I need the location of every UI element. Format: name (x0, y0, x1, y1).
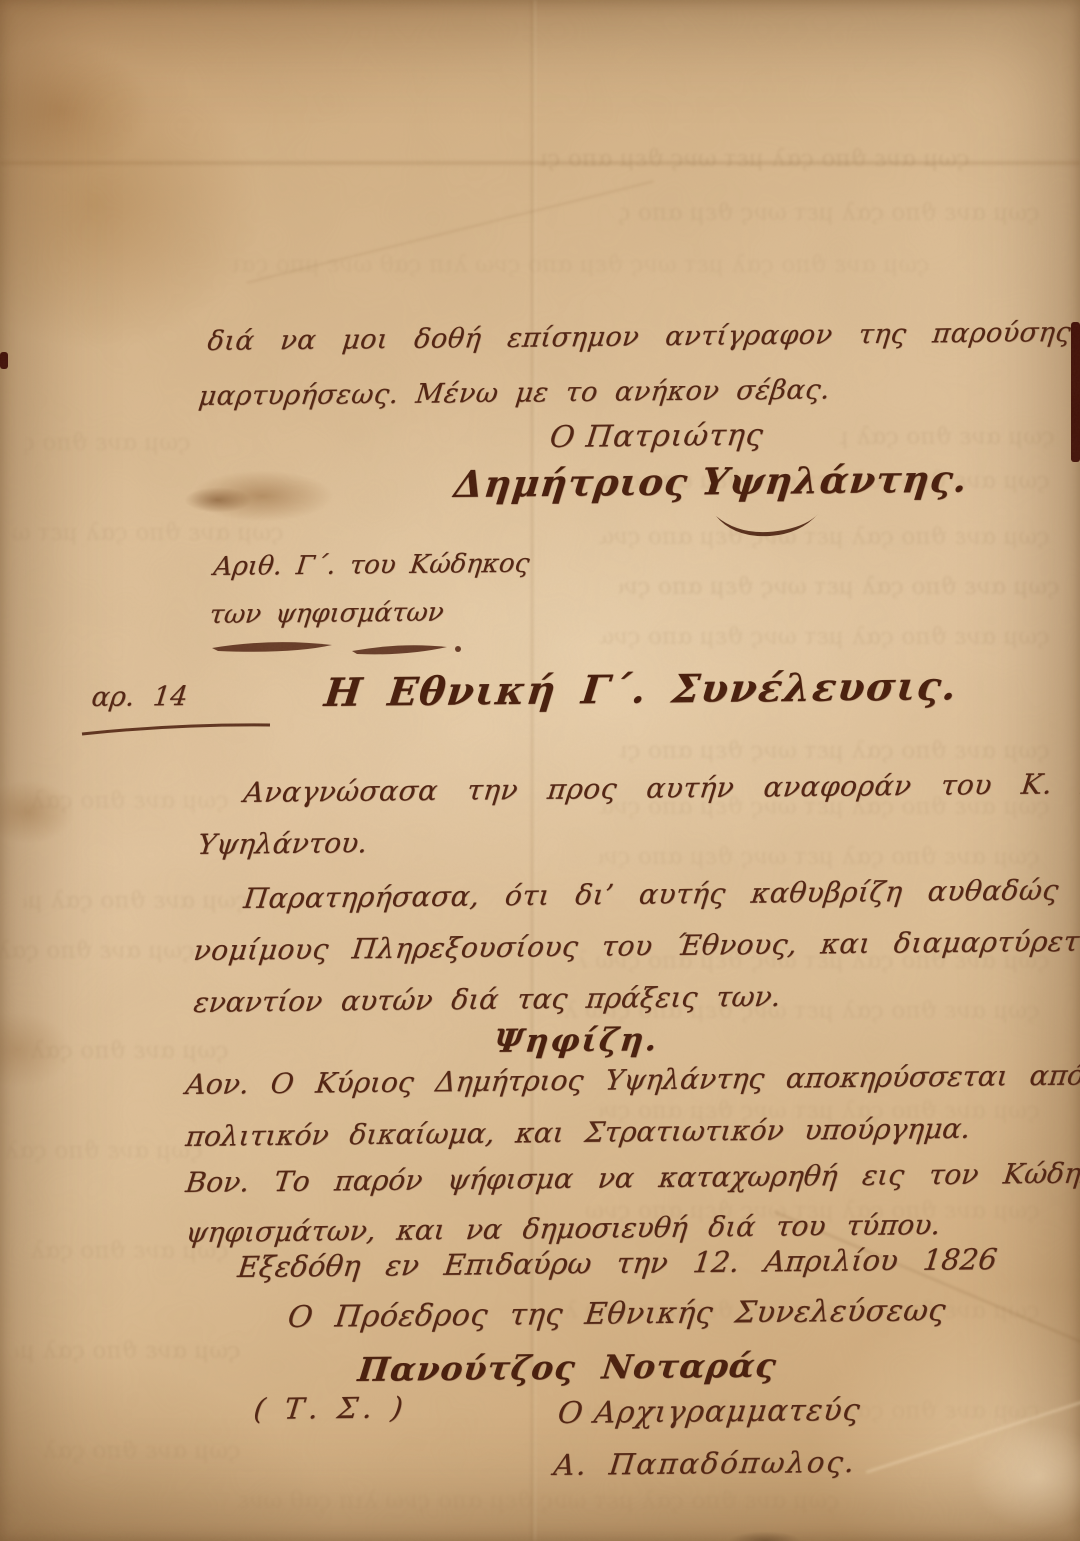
registry-flourish (212, 638, 502, 660)
item-a-label: Αον. (184, 1067, 251, 1101)
president-signature: Πανούτζος Νοταράς (356, 1346, 779, 1389)
bleedthrough-text: ςωμ ανε ϑπο ςαλ μετ ωνς ϑεμ απο ςνω λιπ … (238, 1488, 841, 1514)
bleedthrough-text: ςωμ ανε ϑπο ςαλ μετ ωνς ϑεμ απο ςνω λιπ … (22, 888, 250, 914)
body-para2-line1: Παρατηρήσασα, ότι δι’ αυτής καθυβρίζη αυ… (242, 873, 1080, 915)
bleedthrough-text: ςωμ ανε ϑπο ςαλ μετ ωνς ϑεμ απο ςνω λιπ … (24, 430, 192, 456)
bleedthrough-text: ςωμ ανε ϑπο ςαλ μετ ωνς ϑεμ απο ςνω λιπ … (12, 520, 285, 546)
assembly-heading: Η Εθνική Γ΄. Συνέλευσις. (322, 663, 960, 716)
decree-item-a-line2: πολιτικόν δικαίωμα, και Στρατιωτικόν υπο… (184, 1112, 972, 1153)
diagonal-crease (866, 1390, 1080, 1474)
diagonal-crease (246, 179, 654, 284)
bleedthrough-text: ςωμ ανε ϑπο ςαλ μετ ωνς ϑεμ απο ςνω λιπ … (228, 252, 931, 278)
decree-word: Ψηφίζη. (492, 1020, 661, 1060)
closing-line-1: διά να μοι δοθή επίσημον αντίγραφον της … (206, 315, 1080, 357)
bleedthrough-text: ςωμ ανε ϑπο ςαλ μετ ωνς ϑεμ απο ςνω λιπ … (598, 624, 1051, 650)
body-para2-line2: νομίμους Πληρεξουσίους του Έθνους, και δ… (192, 924, 1080, 967)
margin-item-number: αρ. 14 (90, 681, 189, 713)
bleedthrough-text: ςωμ ανε ϑπο ςαλ μετ ωνς ϑεμ απο ςνω λιπ … (838, 424, 1056, 450)
bleedthrough-text: ςωμ ανε ϑπο ςαλ μετ ωνς ϑεμ απο ςνω λιπ … (538, 146, 971, 172)
bleedthrough-text: ςωμ ανε ϑπο ςαλ μετ ωνς ϑεμ απο ςνω λιπ … (22, 1038, 230, 1064)
secretary-title: Ο Αρχιγραμματεύς (556, 1393, 862, 1431)
bleedthrough-text: ςωμ ανε ϑπο ςαλ μετ ωνς ϑεμ απο ςνω λιπ … (598, 844, 1041, 870)
seal-note: ( Τ. Σ. ) (252, 1390, 410, 1426)
margin-number-underline (82, 722, 272, 736)
registry-line-1: Αριθ. Γ΄. του Κώδηκος (212, 549, 531, 582)
registry-line-2: των ψηφισμάτων (208, 598, 445, 630)
bleedthrough-text: ςωμ ανε ϑπο ςαλ μετ ωνς ϑεμ απο ςνω λιπ … (618, 574, 1061, 600)
fold-crease-horizontal (0, 160, 1080, 166)
issuance-dateline: Εξεδόθη εν Επιδαύρω την 12. Απριλίου 182… (236, 1242, 999, 1284)
item-a-text: Ο Κύριος Δημήτριος Υψηλάντης αποκηρύσσετ… (269, 1058, 1080, 1100)
bleedthrough-text: ςωμ ανε ϑπο ςαλ μετ ωνς ϑεμ απο ςνω λιπ … (618, 200, 1041, 226)
president-title: Ο Πρόεδρος της Εθνικής Συνελεύσεως (286, 1293, 948, 1335)
bleedthrough-text: ςωμ ανε ϑπο ςαλ μετ ωνς ϑεμ απο ςνω λιπ … (14, 1338, 242, 1364)
body-para1-line1: Αναγνώσασα την προς αυτήν αναφοράν του Κ… (242, 767, 1080, 809)
body-para2-line3: εναντίον αυτών διά τας πράξεις των. (192, 980, 782, 1019)
bleedthrough-text: ςωμ ανε ϑπο ςαλ μετ ωνς ϑεμ απο ςνω λιπ … (6, 1138, 204, 1164)
salutation-patriot: Ο Πατριώτης (548, 418, 766, 455)
decree-item-b-line1: Βον. Το παρόν ψήφισμα να καταχωρηθή εις … (184, 1155, 1080, 1199)
bleedthrough-text: ςωμ ανε ϑπο ςαλ μετ ωνς ϑεμ απο ςνω λιπ … (22, 788, 230, 814)
item-b-label: Βον. (184, 1165, 251, 1199)
body-para1-line2: Υψηλάντου. (196, 826, 369, 861)
closing-line-2: μαρτυρήσεως. Μένω με το ανήκον σέβας. (197, 374, 832, 412)
left-edge-ink-spot (0, 352, 8, 369)
bleedthrough-text: ςωμ ανε ϑπο ςαλ μετ ωνς ϑεμ απο ςνω λιπ … (598, 524, 1051, 550)
signature-ypsilantis: Δημήτριος Υψηλάντης. (452, 457, 970, 506)
bleedthrough-text: ςωμ ανε ϑπο ςαλ μετ ωνς ϑεμ απο ςνω λιπ … (618, 738, 1051, 764)
manuscript-page: ςωμ ανε ϑπο ςαλ μετ ωνς ϑεμ απο ςνω λιπ … (0, 0, 1080, 1541)
bleedthrough-text: ςωμ ανε ϑπο ςαλ μετ ωνς ϑεμ απο ςνω λιπ … (0, 938, 197, 964)
bottom-edge-tear (720, 1522, 810, 1541)
bleedthrough-text: ςωμ ανε ϑπο ςαλ μετ ωνς ϑεμ απο ςνω λιπ … (34, 1438, 242, 1464)
signature-flourish (712, 512, 822, 538)
crumpled-corner (940, 1380, 1080, 1541)
secretary-signature: Α. Παπαδόπωλος. (552, 1445, 858, 1482)
decree-item-a-line1: Αον. Ο Κύριος Δημήτριος Υψηλάντης αποκηρ… (184, 1058, 1080, 1101)
item-b-text: Το παρόν ψήφισμα να καταχωρηθή εις τον Κ… (272, 1155, 1080, 1198)
